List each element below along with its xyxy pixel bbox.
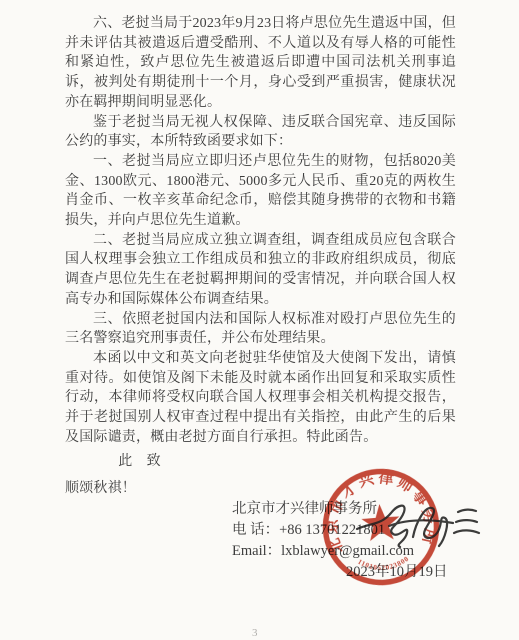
demands-intro-paragraph: 鉴于老挝当局无视人权保障、违反联合国宪章、违反国际公约的事实，本所特致函要求如下… [65,113,456,152]
svg-text:1101052023800: 1101052023800 [356,554,411,574]
page-number: 3 [252,627,258,639]
clause-six-paragraph: 六、老挝当局于2023年9月23日将卢思位先生遣返中国，但并未评估其被遣返后遭受… [65,14,456,113]
letter-body: 六、老挝当局于2023年9月23日将卢思位先生遣返中国，但并未评估其被遣返后遭受… [65,14,456,499]
demand-3-paragraph: 三、依照老挝国内法和国际人权标准对殴打卢思位先生的三名警察追究刑事责任，并公布处… [65,310,456,349]
demand-2-paragraph: 二、老挝当局应成立独立调查组，调查组成员应包含联合国人权理事会独立工作组成员和独… [65,231,456,310]
stamp-serial-number: 1101052023800 [356,554,411,574]
letter-page: 六、老挝当局于2023年9月23日将卢思位先生遣返中国，但并未评估其被遣返后遭受… [0,0,519,640]
signature-stroke [357,506,407,547]
signature-stroke [413,508,447,546]
signature-stroke [454,510,479,533]
demand-1-paragraph: 一、老挝当局应立即归还卢思位先生的财物，包括8020美金、1300欧元、1800… [65,152,456,231]
handwritten-signature-icon [345,495,485,555]
notice-paragraph: 本函以中文和英文向老挝驻华使馆及大使阁下发出，请慎重对待。如使馆及阁下未能及时就… [65,349,456,448]
